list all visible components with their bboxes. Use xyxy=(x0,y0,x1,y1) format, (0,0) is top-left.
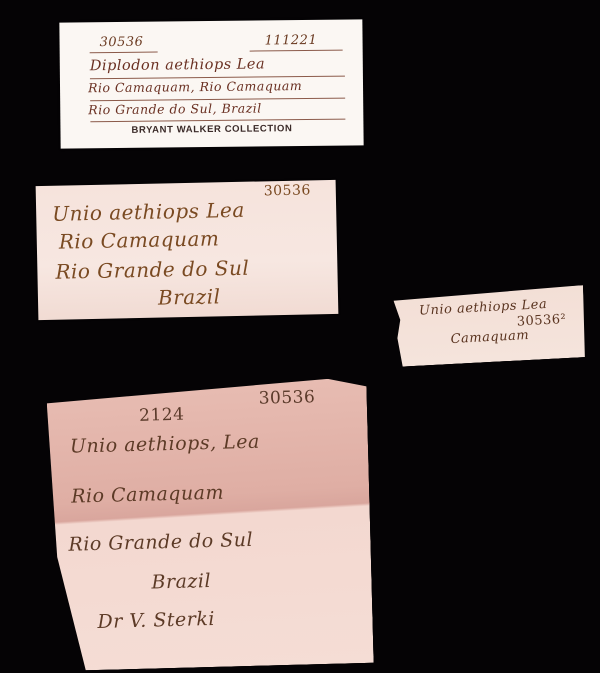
locality-line: Camaquam xyxy=(450,328,529,347)
locality-line: Rio Camaquam, Rio Camaquam xyxy=(88,78,302,95)
locality-line: Rio Camaquam xyxy=(71,482,224,508)
rule-line xyxy=(90,52,158,54)
catalog-number: 30536 xyxy=(99,35,143,50)
locality-line: Rio Camaquam xyxy=(59,226,220,253)
species-name: Unio aethiops Lea xyxy=(52,198,245,226)
collection-name: BRYANT WALKER COLLECTION xyxy=(60,122,363,136)
secondary-number: 111221 xyxy=(264,33,317,49)
collector-line: Dr V. Sterki xyxy=(97,608,215,633)
accession-number: 2124 xyxy=(139,405,185,426)
region-line: Rio Grande do Sul, Brazil xyxy=(88,100,262,117)
catalog-number: 30536² xyxy=(516,312,566,330)
region-line: Rio Grande do Sul xyxy=(55,256,249,284)
country-line: Brazil xyxy=(151,570,211,594)
handwritten-label-4: 2124 30536 Unio aethiops, Lea Rio Camaqu… xyxy=(46,378,373,671)
catalog-number: 30536 xyxy=(258,387,315,408)
bryant-walker-collection-card: 30536 111221 Diplodon aethiops Lea Rio C… xyxy=(59,19,363,148)
handwritten-label-2: 30536 Unio aethiops Lea Rio Camaquam Rio… xyxy=(36,180,339,320)
rule-line xyxy=(250,50,343,52)
catalog-number: 30536 xyxy=(264,182,311,199)
rule-line xyxy=(90,119,345,123)
country-line: Brazil xyxy=(158,284,221,309)
region-line: Rio Grande do Sul xyxy=(68,529,253,556)
species-name: Diplodon aethiops Lea xyxy=(90,56,265,74)
species-name: Unio aethiops, Lea xyxy=(70,431,260,458)
torn-handwritten-label-3: Unio aethiops Lea 30536² Camaquam xyxy=(393,285,587,367)
